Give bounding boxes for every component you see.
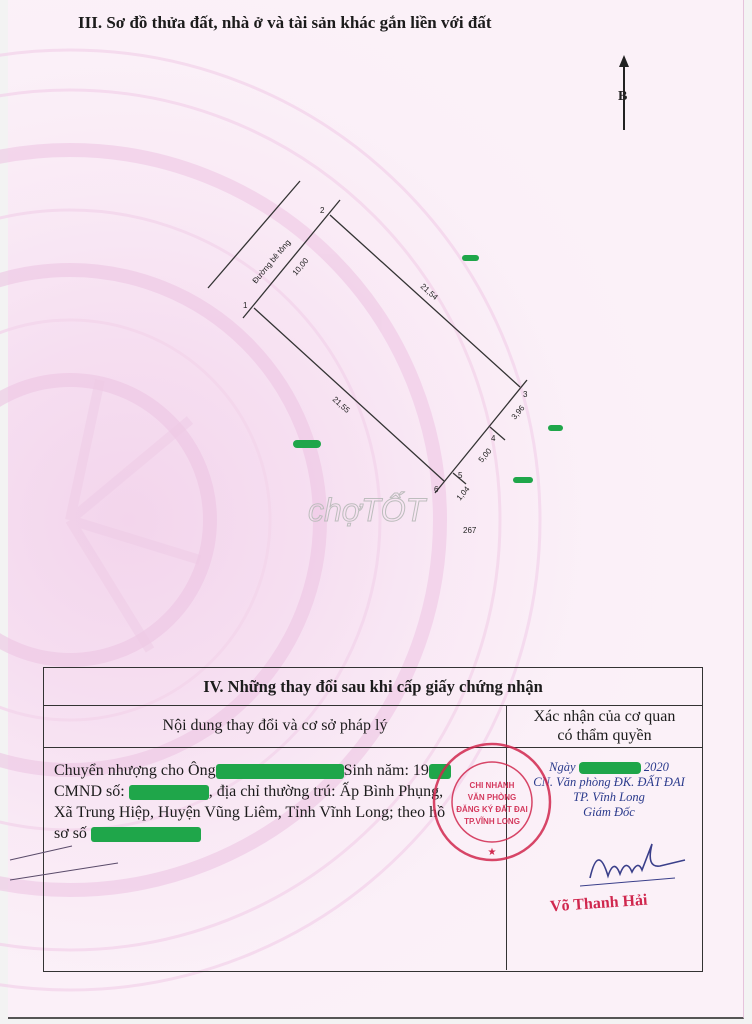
edge-1-2-length: 10,00 <box>291 256 311 278</box>
parcel-number: 267 <box>463 526 477 535</box>
svg-text:VĂN PHÒNG: VĂN PHÒNG <box>468 793 516 802</box>
official-stamp-seal: CHI NHÁNH VĂN PHÒNG ĐĂNG KÝ ĐẤT ĐAI TP.V… <box>430 740 555 865</box>
svg-text:TP.VĨNH LONG: TP.VĨNH LONG <box>464 817 520 826</box>
transfer-text: Chuyển nhượng cho Ông <box>54 762 216 779</box>
vertex-3: 3 <box>523 390 528 399</box>
svg-text:★: ★ <box>488 847 497 858</box>
redaction-mark <box>462 255 479 261</box>
redaction-mark <box>513 477 533 483</box>
redaction-mark <box>548 425 563 431</box>
edge-2-3-length: 21,54 <box>419 282 440 302</box>
edge-3-4-length: 3,96 <box>510 403 527 421</box>
table-header-row: Nội dung thay đổi và cơ sở pháp lý Xác n… <box>44 705 702 748</box>
redacted-name <box>216 764 344 779</box>
handwritten-signature <box>580 838 690 888</box>
vertex-2: 2 <box>320 206 325 215</box>
birth-year-label: Sinh năm: 19 <box>344 762 429 779</box>
redaction-mark <box>293 440 321 448</box>
date-year: 2020 <box>644 760 669 774</box>
changes-table: IV. Những thay đổi sau khi cấp giấy chứn… <box>43 667 703 972</box>
section-4-title: IV. Những thay đổi sau khi cấp giấy chứn… <box>44 668 702 706</box>
id-label: CMND số: <box>54 783 125 800</box>
vertex-6: 6 <box>434 485 439 494</box>
redacted-id-number <box>129 785 209 800</box>
edge-6-1-length: 21,55 <box>331 395 352 415</box>
edge-4-5-length: 5,00 <box>477 446 494 464</box>
redacted-date <box>579 762 641 774</box>
svg-text:ĐĂNG KÝ ĐẤT ĐAI: ĐĂNG KÝ ĐẤT ĐAI <box>456 804 528 814</box>
vertex-4: 4 <box>491 434 496 443</box>
vertex-5: 5 <box>458 471 463 480</box>
road-label: Đường bê tông <box>251 238 293 285</box>
vertex-1: 1 <box>243 301 248 310</box>
chotot-watermark: chợTỐT <box>308 492 425 529</box>
address-text: , địa chỉ thường trú: Ấp Bình Phụng, <box>209 783 443 800</box>
redacted-file-number <box>91 827 201 842</box>
svg-text:CHI NHÁNH: CHI NHÁNH <box>470 781 515 790</box>
col-header-confirmation-line1: Xác nhận của cơ quan <box>507 707 702 726</box>
file-number-label: sơ số <box>54 825 87 842</box>
edge-5-6-length: 1,04 <box>455 484 472 502</box>
